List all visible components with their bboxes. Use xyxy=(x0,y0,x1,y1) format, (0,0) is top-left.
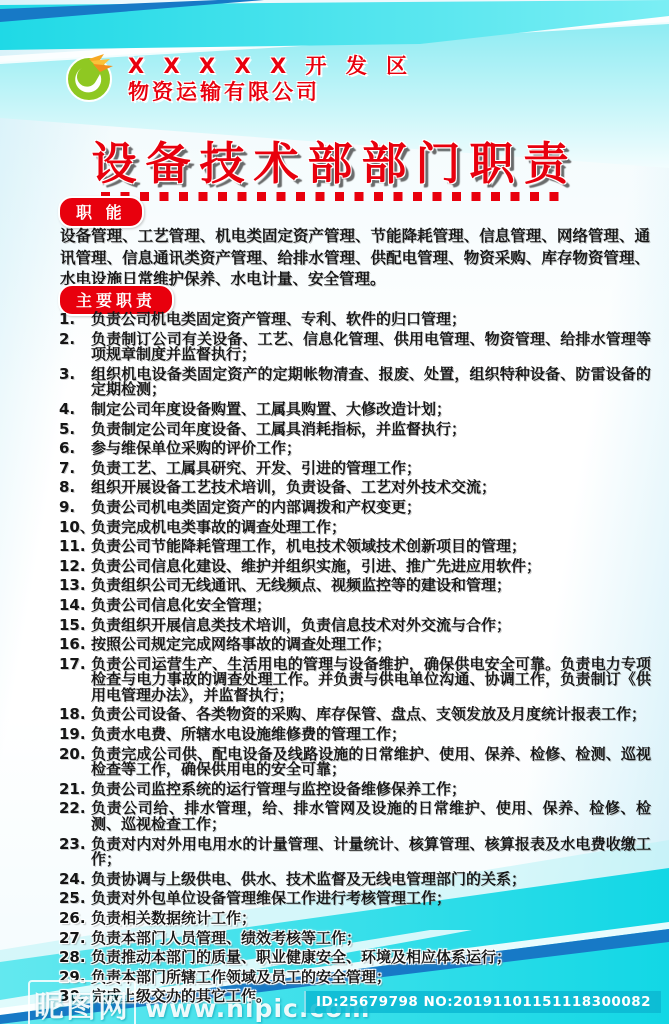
title-dotted-divider xyxy=(101,192,569,201)
duty-text: 负责公司信息化安全管理； xyxy=(91,598,651,614)
duty-number: 20. xyxy=(59,747,91,778)
duty-text: 完成上级交办的其它工作。 xyxy=(91,989,651,1005)
duty-text: 负责本部门人员管理、绩效考核等工作； xyxy=(91,931,651,947)
department-duty-poster: X X X X X 开 发 区 物资运输有限公司 设备技术部部门职责 职 能 设… xyxy=(0,0,669,1024)
duty-list-item: 4. 制定公司年度设备购置、工属具购置、大修改造计划； xyxy=(59,402,651,418)
duty-list-item: 12. 负责公司信息化建设、维护并组织实施，引进、推广先进应用软件； xyxy=(59,559,651,575)
duty-text: 负责协调与上级供电、供水、技术监督及无线电管理部门的关系； xyxy=(91,872,651,888)
duty-text: 负责公司机电类固定资产管理、专利、软件的归口管理； xyxy=(91,312,651,328)
duty-number: 22. xyxy=(59,801,91,832)
duty-text: 负责公司运营生产、生活用电的管理与设备维护，确保供电安全可靠。负责电力专项检查与… xyxy=(91,657,651,704)
duties-list: 1. 负责公司机电类固定资产管理、专利、软件的归口管理； 2. 负责制订公司有关… xyxy=(59,312,651,1009)
duty-list-item: 3. 组织机电设备类固定资产的定期帐物清查、报废、处置，组织特种设备、防雷设备的… xyxy=(59,367,651,398)
duty-list-item: 25. 负责对外包单位设备管理维保工作进行考核管理工作； xyxy=(59,891,651,907)
duty-number: 3. xyxy=(59,367,91,398)
duty-number: 30. xyxy=(59,989,91,1005)
duty-text: 负责完成机电类事故的调查处理工作； xyxy=(91,520,651,536)
duty-number: 15. xyxy=(59,618,91,634)
duty-text: 负责工艺、工属具研究、开发、引进的管理工作； xyxy=(91,461,651,477)
duty-list-item: 16. 按照公司规定完成网络事故的调查处理工作； xyxy=(59,637,651,653)
duty-number: 5. xyxy=(59,422,91,438)
duty-list-item: 26. 负责相关数据统计工作； xyxy=(59,911,651,927)
duty-list-item: 29. 负责本部门所辖工作领域及员工的安全管理； xyxy=(59,970,651,986)
duty-number: 29. xyxy=(59,970,91,986)
brand-header: X X X X X 开 发 区 物资运输有限公司 xyxy=(52,50,413,108)
duty-number: 6. xyxy=(59,441,91,457)
duty-text: 参与维保单位采购的评价工作； xyxy=(91,441,651,457)
duty-text: 负责水电费、所辖水电设施维修费的管理工作； xyxy=(91,727,651,743)
duty-list-item: 23. 负责对内对外用电用水的计量管理、计量统计、核算管理、核算报表及水电费收缴… xyxy=(59,837,651,868)
duty-number: 28. xyxy=(59,950,91,966)
duty-number: 24. xyxy=(59,872,91,888)
duty-number: 9. xyxy=(59,500,91,516)
duty-list-item: 10、 负责完成机电类事故的调查处理工作； xyxy=(59,520,651,536)
duty-list-item: 19. 负责水电费、所辖水电设施维修费的管理工作； xyxy=(59,727,651,743)
duty-list-item: 9. 负责公司机电类固定资产的内部调拨和产权变更； xyxy=(59,500,651,516)
duty-text: 负责推动本部门的质量、职业健康安全、环境及相应体系运行； xyxy=(91,950,651,966)
duty-list-item: 20. 负责完成公司供、配电设备及线路设施的日常维护、使用、保养、检修、检测、巡… xyxy=(59,747,651,778)
duty-list-item: 28. 负责推动本部门的质量、职业健康安全、环境及相应体系运行； xyxy=(59,950,651,966)
company-name-line2: 物资运输有限公司 xyxy=(128,79,413,105)
duty-text: 负责组织公司无线通讯、无线频点、视频监控等的建设和管理； xyxy=(91,578,651,594)
duty-number: 27. xyxy=(59,931,91,947)
duty-number: 19. xyxy=(59,727,91,743)
functions-paragraph: 设备管理、工艺管理、机电类固定资产管理、节能降耗管理、信息管理、网络管理、通讯管… xyxy=(60,226,650,291)
duty-list-item: 5. 负责制定公司年度设备、工属具消耗指标，并监督执行； xyxy=(59,422,651,438)
duty-list-item: 27. 负责本部门人员管理、绩效考核等工作； xyxy=(59,931,651,947)
duty-text: 负责公司信息化建设、维护并组织实施，引进、推广先进应用软件； xyxy=(91,559,651,575)
duty-text: 负责相关数据统计工作； xyxy=(91,911,651,927)
duty-number: 11. xyxy=(59,539,91,555)
poster-title: 设备技术部部门职责 xyxy=(0,127,669,192)
duty-number: 23. xyxy=(59,837,91,868)
duty-text: 负责公司给、排水管理，给、排水管网及设施的日常维护、使用、保养、检修、检测、巡视… xyxy=(91,801,651,832)
duty-number: 26. xyxy=(59,911,91,927)
duty-text: 负责制定公司年度设备、工属具消耗指标，并监督执行； xyxy=(91,422,651,438)
duty-list-item: 30. 完成上级交办的其它工作。 xyxy=(59,989,651,1005)
duty-number: 18. xyxy=(59,707,91,723)
duty-number: 14. xyxy=(59,598,91,614)
duty-text: 负责本部门所辖工作领域及员工的安全管理； xyxy=(91,970,651,986)
company-name-line1: X X X X X 开 发 区 xyxy=(128,53,413,79)
duty-list-item: 24. 负责协调与上级供电、供水、技术监督及无线电管理部门的关系； xyxy=(59,872,651,888)
duty-number: 25. xyxy=(59,891,91,907)
duty-number: 13. xyxy=(59,578,91,594)
duty-list-item: 6. 参与维保单位采购的评价工作； xyxy=(59,441,651,457)
duty-number: 2. xyxy=(59,332,91,363)
duty-number: 7. xyxy=(59,461,91,477)
section-badge-functions: 职 能 xyxy=(58,196,144,228)
duty-text: 负责公司设备、各类物资的采购、库存保管、盘点、支领发放及月度统计报表工作； xyxy=(91,707,651,723)
duty-text: 组织开展设备工艺技术培训，负责设备、工艺对外技术交流； xyxy=(91,480,651,496)
duty-text: 按照公司规定完成网络事故的调查处理工作； xyxy=(91,637,651,653)
duty-list-item: 11. 负责公司节能降耗管理工作，机电技术领域技术创新项目的管理； xyxy=(59,539,651,555)
duty-list-item: 2. 负责制订公司有关设备、工艺、信息化管理、供用电管理、物资管理、给排水管理等… xyxy=(59,332,651,363)
duty-text: 负责组织开展信息类技术培训，负责信息技术对外交流与合作； xyxy=(91,618,651,634)
duty-text: 负责制订公司有关设备、工艺、信息化管理、供用电管理、物资管理、给排水管理等项规章… xyxy=(91,332,651,363)
duty-list-item: 21. 负责公司监控系统的运行管理与监控设备维修保养工作； xyxy=(59,782,651,798)
duty-list-item: 14. 负责公司信息化安全管理； xyxy=(59,598,651,614)
duty-list-item: 17. 负责公司运营生产、生活用电的管理与设备维护，确保供电安全可靠。负责电力专… xyxy=(59,657,651,704)
duty-text: 制定公司年度设备购置、工属具购置、大修改造计划； xyxy=(91,402,651,418)
duty-number: 10、 xyxy=(59,520,91,536)
duty-number: 16. xyxy=(59,637,91,653)
duty-list-item: 8. 组织开展设备工艺技术培训，负责设备、工艺对外技术交流； xyxy=(59,480,651,496)
company-logo-icon xyxy=(52,50,116,108)
duty-text: 组织机电设备类固定资产的定期帐物清查、报废、处置，组织特种设备、防雷设备的定期检… xyxy=(91,367,651,398)
duty-list-item: 13. 负责组织公司无线通讯、无线频点、视频监控等的建设和管理； xyxy=(59,578,651,594)
duty-text: 负责公司机电类固定资产的内部调拨和产权变更； xyxy=(91,500,651,516)
duty-text: 负责对内对外用电用水的计量管理、计量统计、核算管理、核算报表及水电费收缴工作； xyxy=(91,837,651,868)
duty-text: 负责公司监控系统的运行管理与监控设备维修保养工作； xyxy=(91,782,651,798)
duty-number: 21. xyxy=(59,782,91,798)
duty-number: 17. xyxy=(59,657,91,704)
duty-list-item: 7. 负责工艺、工属具研究、开发、引进的管理工作； xyxy=(59,461,651,477)
duty-list-item: 18. 负责公司设备、各类物资的采购、库存保管、盘点、支领发放及月度统计报表工作… xyxy=(59,707,651,723)
duty-text: 负责完成公司供、配电设备及线路设施的日常维护、使用、保养、检修、检测、巡视检查等… xyxy=(91,747,651,778)
duty-number: 1. xyxy=(59,312,91,328)
duty-list-item: 15. 负责组织开展信息类技术培训，负责信息技术对外交流与合作； xyxy=(59,618,651,634)
duty-number: 8. xyxy=(59,480,91,496)
duty-list-item: 22. 负责公司给、排水管理，给、排水管网及设施的日常维护、使用、保养、检修、检… xyxy=(59,801,651,832)
duty-number: 4. xyxy=(59,402,91,418)
duty-text: 负责公司节能降耗管理工作，机电技术领域技术创新项目的管理； xyxy=(91,539,651,555)
duty-number: 12. xyxy=(59,559,91,575)
duty-list-item: 1. 负责公司机电类固定资产管理、专利、软件的归口管理； xyxy=(59,312,651,328)
duty-text: 负责对外包单位设备管理维保工作进行考核管理工作； xyxy=(91,891,651,907)
